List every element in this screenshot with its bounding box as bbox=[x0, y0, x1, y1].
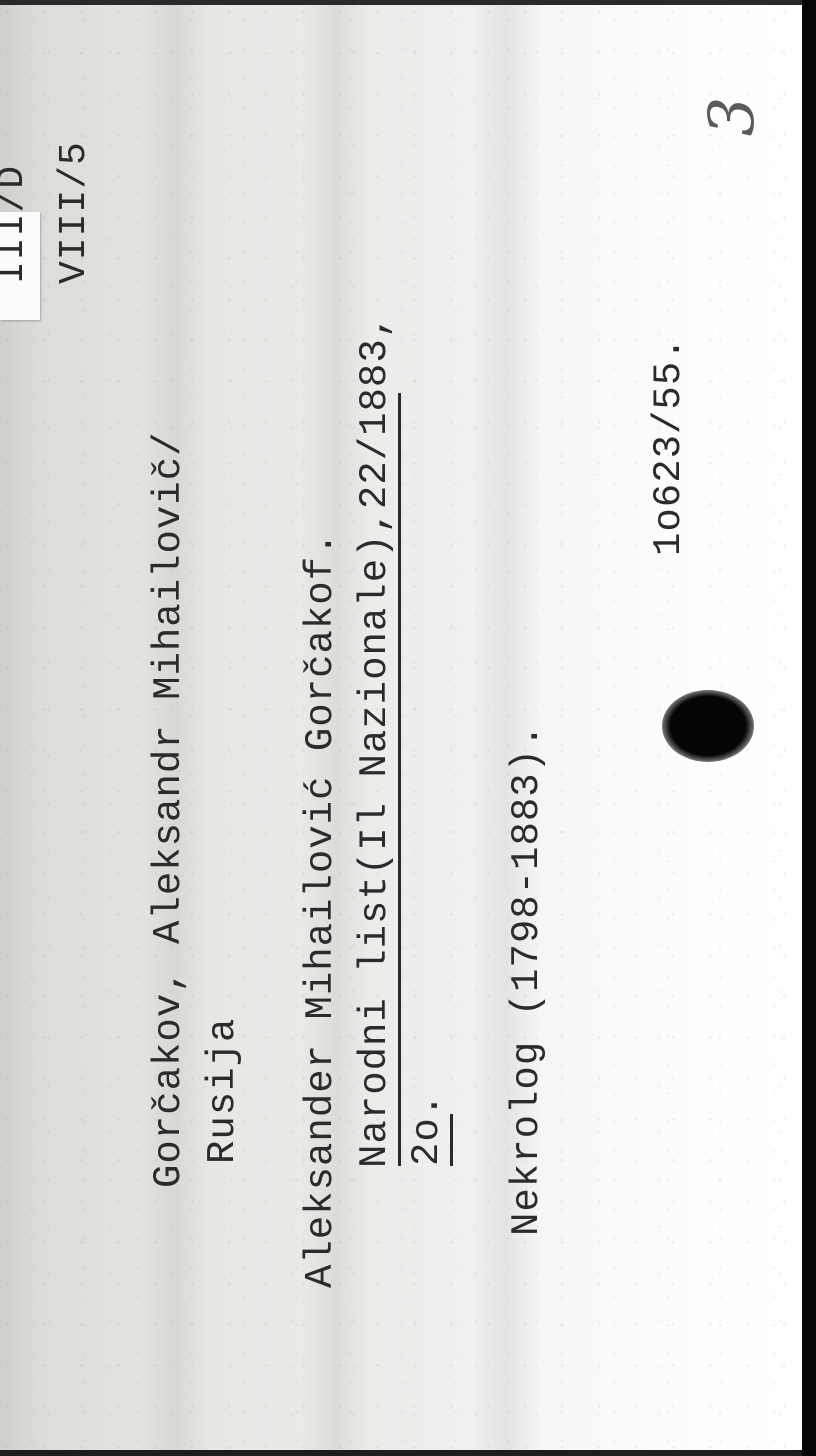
entry-title: Aleksander Mihailović Gorčakof. bbox=[302, 531, 341, 1288]
catalog-card: 3 III/D VIII/5 Gorčakov, Aleksandr Mihai… bbox=[0, 0, 816, 1456]
page-underline bbox=[450, 1114, 453, 1166]
call-number-line-1: III/D bbox=[0, 165, 32, 284]
heading-name: Gorčakov, Aleksandr Mihailovič/ bbox=[150, 431, 189, 1188]
call-number-line-2: VIII/5 bbox=[56, 141, 94, 284]
source-underline bbox=[398, 393, 401, 1166]
card-text-layer: III/D VIII/5 Gorčakov, Aleksandr Mihailo… bbox=[0, 0, 816, 1456]
heading-country: Rusija bbox=[204, 1018, 243, 1164]
entry-source: Narodni list(Il Nazionale),22/1883, bbox=[356, 314, 395, 1168]
accession-number: 1o623/55. bbox=[650, 336, 689, 556]
entry-note: Nekrolog (1798-1883). bbox=[508, 724, 547, 1236]
entry-source-page: 2o. bbox=[408, 1093, 447, 1166]
